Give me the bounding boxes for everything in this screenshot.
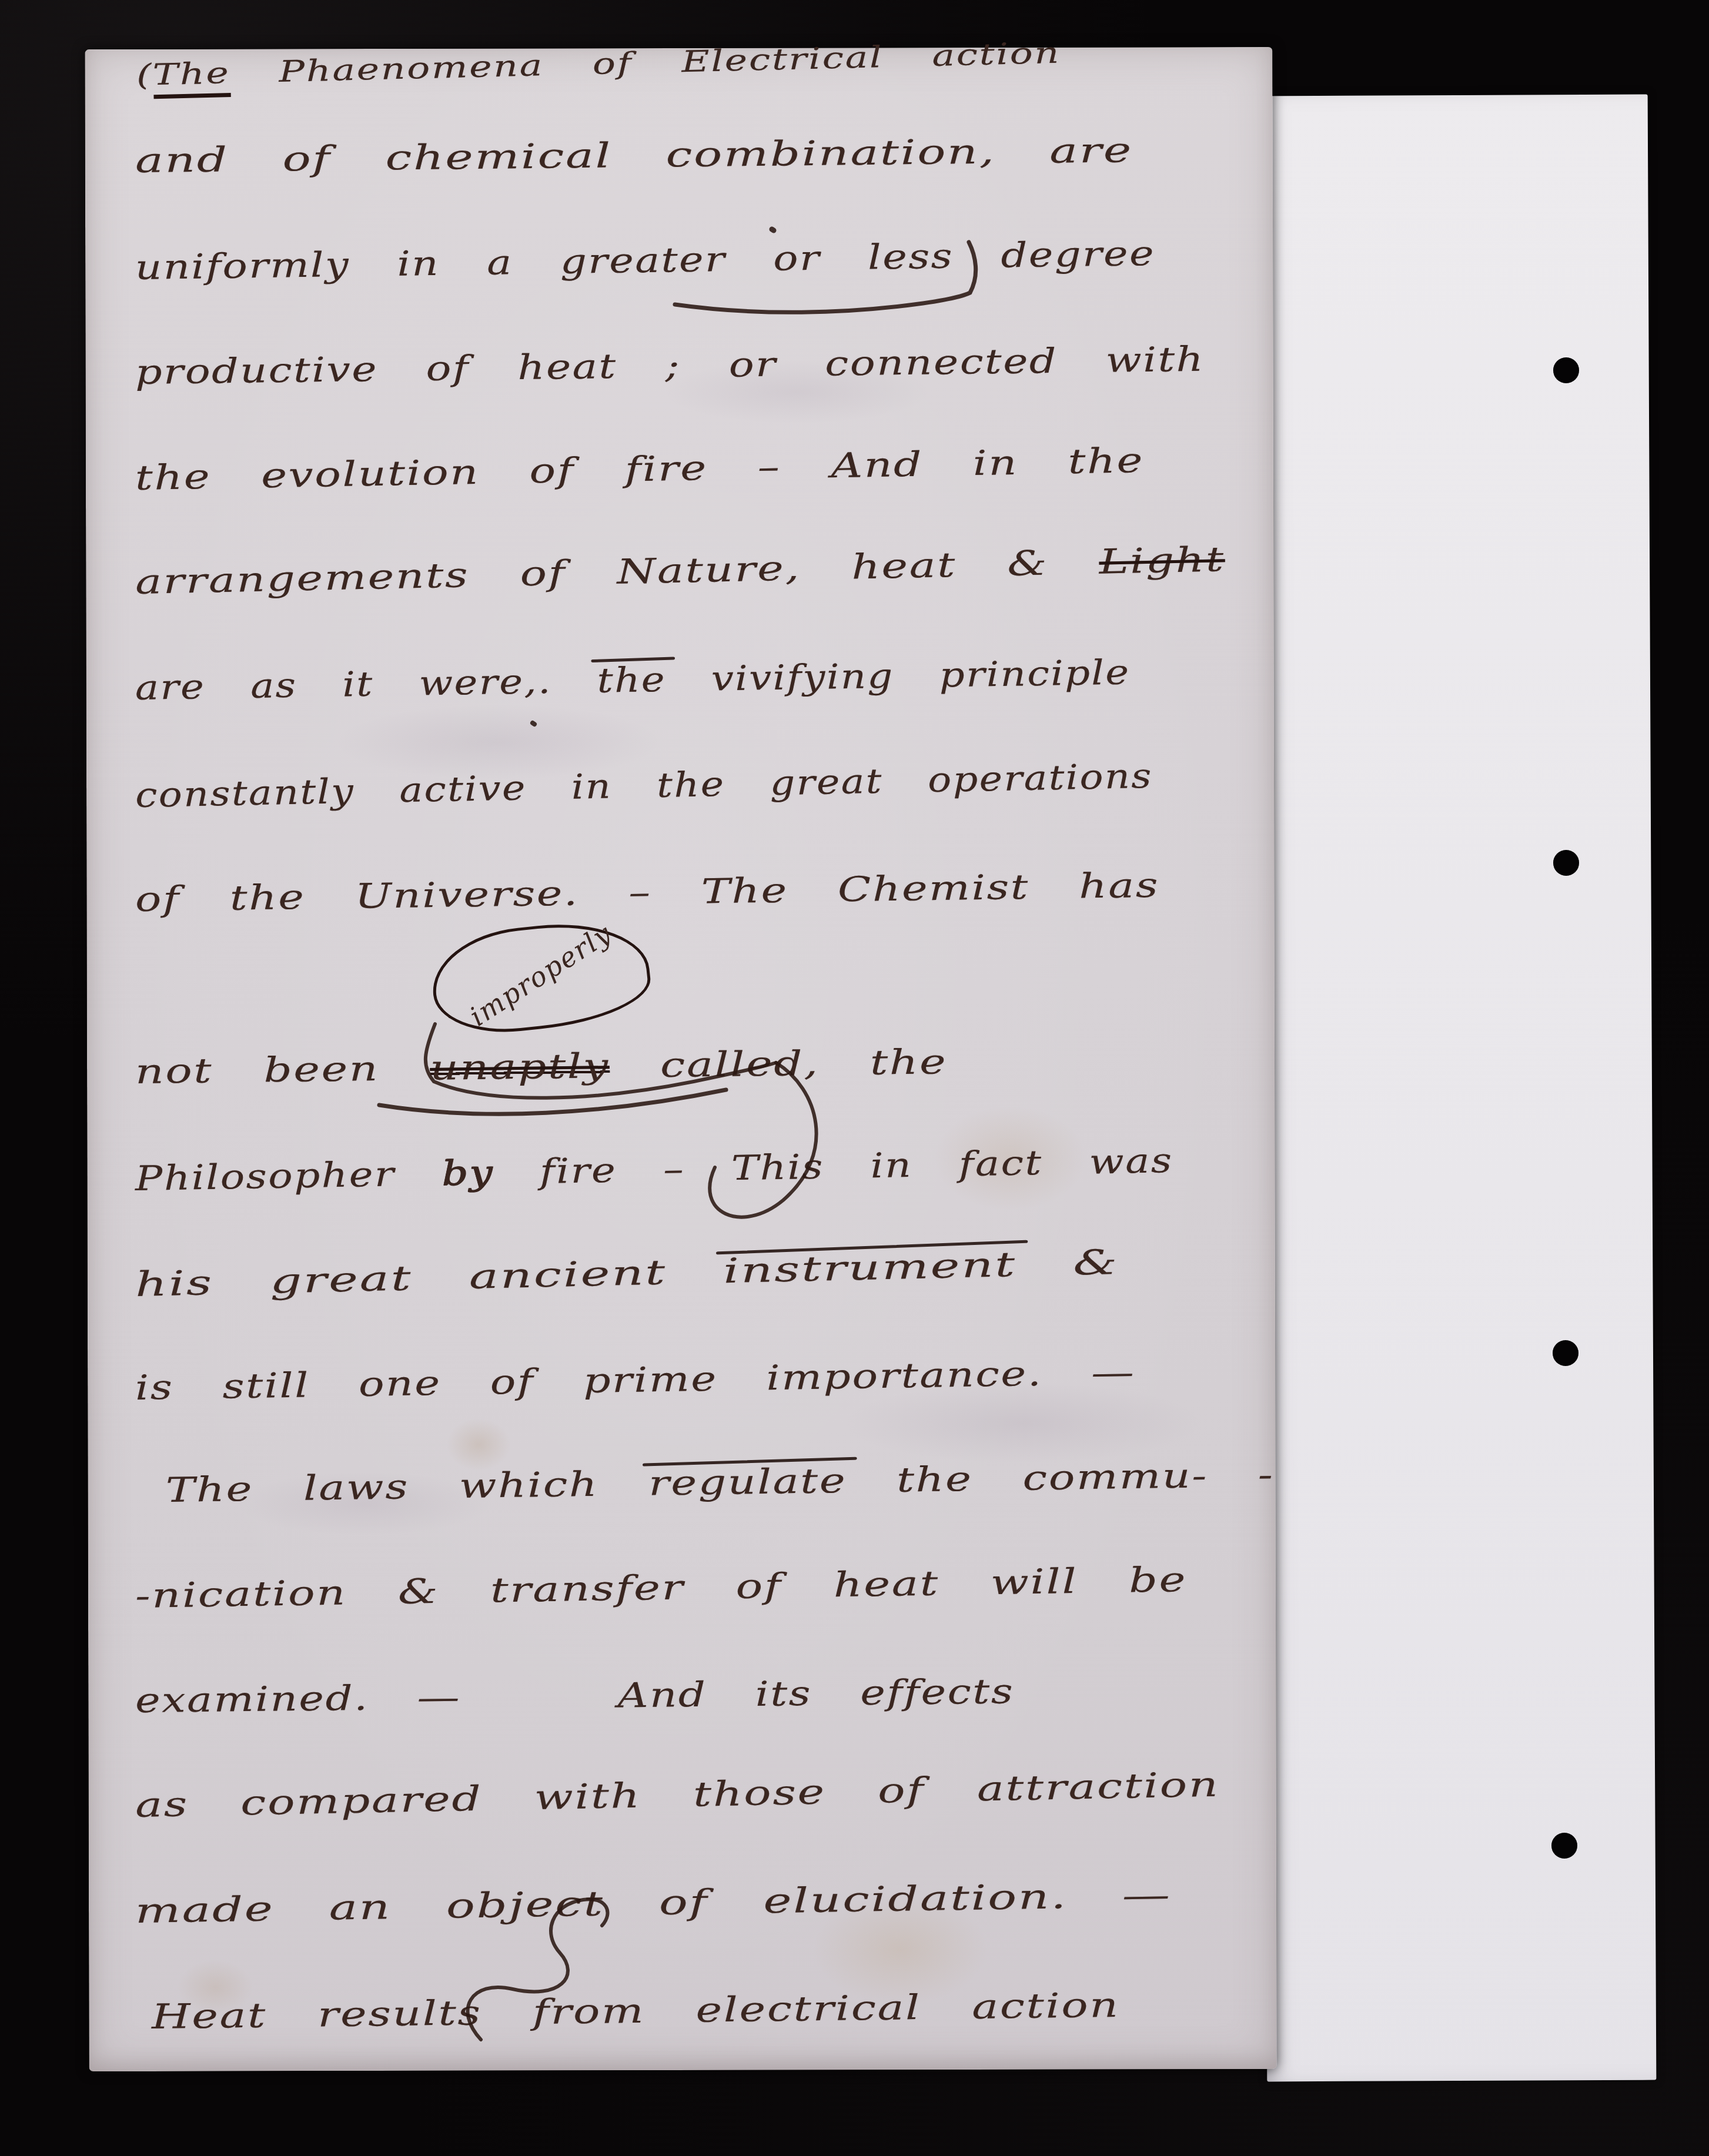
word-plain: the commu- -: [847, 1455, 1275, 1501]
word-o: regulate: [648, 1461, 847, 1504]
word-o: instrument: [723, 1244, 1016, 1291]
word-plain: (: [136, 58, 153, 92]
backing-sheet: [1259, 95, 1657, 2082]
photograph-background: (The Phaenomena of Electrical actionand …: [0, 0, 1709, 2156]
word-x2: unaptly: [430, 1046, 610, 1088]
word-x: Light: [1099, 539, 1226, 581]
word-o: the: [597, 659, 666, 701]
word-gap: [461, 1707, 618, 1709]
inserted-word: improperly: [464, 917, 618, 1032]
word-plain: examined. —: [135, 1677, 461, 1720]
punch-hole: [1551, 1833, 1577, 1859]
word-plain: not been: [135, 1048, 430, 1092]
word-u: The: [152, 56, 230, 99]
word-plain: The laws which: [166, 1464, 649, 1510]
word-plain: vivifying principle: [665, 652, 1130, 699]
punch-hole: [1553, 1340, 1578, 1366]
word-plain: &: [1016, 1242, 1119, 1284]
word-plain: are as it were,.: [135, 661, 597, 708]
punch-hole: [1553, 850, 1579, 876]
word-b: by: [442, 1152, 494, 1193]
punch-hole: [1553, 357, 1579, 383]
word-plain: Philosopher: [135, 1153, 442, 1198]
paper-stain: [446, 1418, 511, 1471]
word-plain: And its effects: [617, 1671, 1014, 1715]
word-plain: called, the: [609, 1042, 947, 1086]
